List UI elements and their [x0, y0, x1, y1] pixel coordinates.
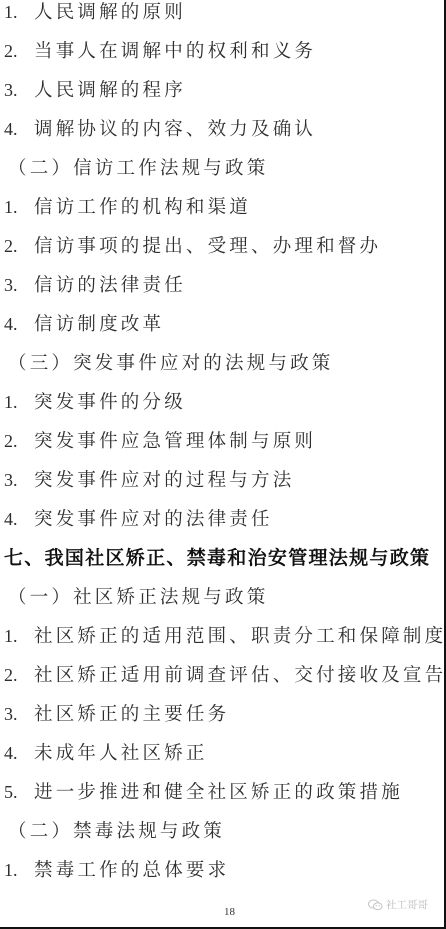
item-text: 当事人在调解中的权利和义务 — [34, 41, 316, 62]
item-number: 1. — [4, 188, 34, 227]
item-number: 4. — [4, 110, 34, 149]
item-text: 社区矫正的主要任务 — [34, 704, 229, 725]
item-number: 4. — [4, 500, 34, 539]
item-text: 人民调解的程序 — [34, 80, 186, 101]
heading-text: （一）社区矫正法规与政策 — [8, 587, 268, 608]
item-number: 4. — [4, 734, 34, 773]
item-number: 4. — [4, 305, 34, 344]
item-number: 3. — [4, 266, 34, 305]
subsection-heading: （二）信访工作法规与政策 — [4, 149, 444, 188]
watermark-text: 社工哥哥 — [386, 897, 428, 912]
item-number: 1. — [4, 383, 34, 422]
section-heading: 七、我国社区矫正、禁毒和治安管理法规与政策 — [4, 539, 444, 578]
item-number: 3. — [4, 71, 34, 110]
list-item: 5.进一步推进和健全社区矫正的政策措施 — [4, 773, 444, 812]
item-text: 未成年人社区矫正 — [34, 743, 208, 764]
list-item: 3.人民调解的程序 — [4, 71, 444, 110]
list-item: 2.突发事件应急管理体制与原则 — [4, 422, 444, 461]
list-item: 3.社区矫正的主要任务 — [4, 695, 444, 734]
subsection-heading: （二）禁毒法规与政策 — [4, 812, 444, 851]
heading-text: 七、我国社区矫正、禁毒和治安管理法规与政策 — [4, 547, 430, 569]
item-text: 调解协议的内容、效力及确认 — [34, 119, 316, 140]
subsection-heading: （一）社区矫正法规与政策 — [4, 578, 444, 617]
item-text: 信访事项的提出、受理、办理和督办 — [34, 236, 381, 257]
item-text: 突发事件应对的法律责任 — [34, 509, 273, 530]
item-number: 3. — [4, 695, 34, 734]
list-item: 4.未成年人社区矫正 — [4, 734, 444, 773]
heading-text: （三）突发事件应对的法规与政策 — [8, 353, 334, 374]
item-text: 人民调解的原则 — [34, 2, 186, 23]
item-number: 5. — [4, 773, 34, 812]
list-item: 1.人民调解的原则 — [4, 0, 444, 32]
item-text: 突发事件应急管理体制与原则 — [34, 431, 316, 452]
list-item: 2.社区矫正适用前调查评估、交付接收及宣告 — [4, 656, 444, 695]
list-item: 1.突发事件的分级 — [4, 383, 444, 422]
item-text: 进一步推进和健全社区矫正的政策措施 — [34, 782, 403, 803]
list-item: 4.信访制度改革 — [4, 305, 444, 344]
document-page: 1.人民调解的原则2.当事人在调解中的权利和义务3.人民调解的程序4.调解协议的… — [0, 0, 446, 929]
list-item: 3.突发事件应对的过程与方法 — [4, 461, 444, 500]
item-number: 3. — [4, 461, 34, 500]
item-text: 突发事件的分级 — [34, 392, 186, 413]
page-number: 18 — [224, 906, 235, 918]
item-number: 2. — [4, 32, 34, 71]
wechat-icon — [368, 899, 383, 911]
item-number: 2. — [4, 656, 34, 695]
item-text: 信访制度改革 — [34, 314, 164, 335]
item-text: 社区矫正的适用范围、职责分工和保障制度 — [34, 626, 446, 647]
watermark: 社工哥哥 — [368, 897, 428, 912]
outline-list: 1.人民调解的原则2.当事人在调解中的权利和义务3.人民调解的程序4.调解协议的… — [4, 0, 444, 890]
heading-text: （二）信访工作法规与政策 — [8, 158, 268, 179]
item-number: 1. — [4, 0, 34, 32]
list-item: 1.社区矫正的适用范围、职责分工和保障制度 — [4, 617, 444, 656]
item-text: 信访工作的机构和渠道 — [34, 197, 251, 218]
item-text: 禁毒工作的总体要求 — [34, 860, 229, 881]
item-text: 突发事件应对的过程与方法 — [34, 470, 294, 491]
item-text: 社区矫正适用前调查评估、交付接收及宣告 — [34, 665, 446, 686]
list-item: 2.当事人在调解中的权利和义务 — [4, 32, 444, 71]
subsection-heading: （三）突发事件应对的法规与政策 — [4, 344, 444, 383]
heading-text: （二）禁毒法规与政策 — [8, 821, 225, 842]
item-number: 1. — [4, 851, 34, 890]
list-item: 4.调解协议的内容、效力及确认 — [4, 110, 444, 149]
item-number: 1. — [4, 617, 34, 656]
list-item: 4.突发事件应对的法律责任 — [4, 500, 444, 539]
item-text: 信访的法律责任 — [34, 275, 186, 296]
item-number: 2. — [4, 422, 34, 461]
list-item: 1.信访工作的机构和渠道 — [4, 188, 444, 227]
item-number: 2. — [4, 227, 34, 266]
list-item: 1.禁毒工作的总体要求 — [4, 851, 444, 890]
list-item: 2.信访事项的提出、受理、办理和督办 — [4, 227, 444, 266]
list-item: 3.信访的法律责任 — [4, 266, 444, 305]
